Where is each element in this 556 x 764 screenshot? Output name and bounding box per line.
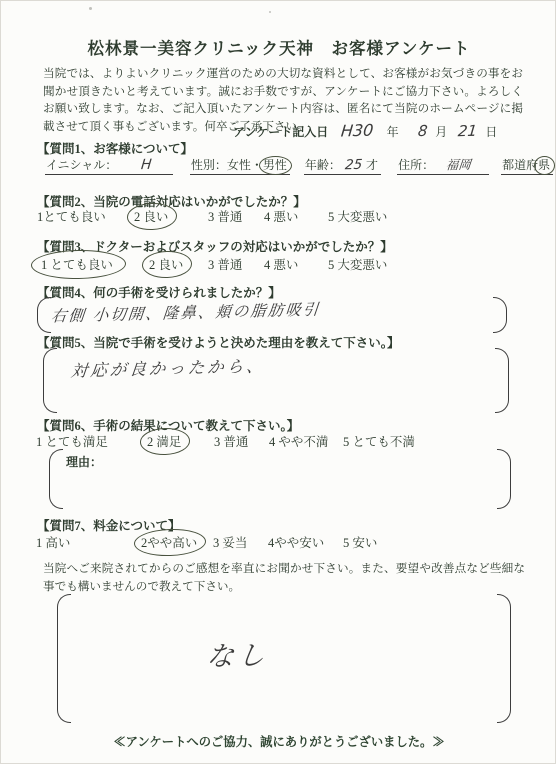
prefecture-suffix: 都道府県 xyxy=(501,156,553,175)
q6-answer-circle: 2 満足 xyxy=(147,432,181,450)
initial-label: イニシャル： xyxy=(46,158,117,172)
q7-options: 1 高い 2やや高い 3 妥当 4やや安い 5 安い xyxy=(1,533,556,555)
q5-answer-handwritten: 対応が良かったから、 xyxy=(70,352,267,381)
q2-option-1: 1とても良い xyxy=(37,207,106,225)
q6-reason-box: 理由： xyxy=(49,449,511,509)
q7-option-5: 5 安い xyxy=(343,533,377,551)
address-field: 住所：福岡 xyxy=(397,155,489,175)
feedback-answer-box: なし xyxy=(57,594,511,723)
age-unit: 才 xyxy=(366,158,378,172)
scan-speck xyxy=(269,11,271,13)
address-label: 住所： xyxy=(398,158,434,172)
q6-option-1: 1 とても満足 xyxy=(36,432,108,450)
gender-field: 性別：女性・男性 xyxy=(190,156,290,175)
date-line: アンケート記入日 H30 年 8 月 21 日 xyxy=(233,121,497,140)
gender-selected: 男性 xyxy=(263,158,287,172)
q7-header: 【質問7、料金について】 xyxy=(37,516,181,534)
q6-reason-label: 理由： xyxy=(66,453,102,470)
gender-answer-circle: 男性 xyxy=(263,158,287,172)
initial-value-handwritten: H xyxy=(141,157,153,173)
age-field: 年齢：25才 xyxy=(304,156,381,175)
date-year-handwritten: H30 xyxy=(340,121,374,141)
address-value-handwritten: 福岡 xyxy=(445,155,472,174)
feedback-answer-handwritten: なし xyxy=(205,633,271,674)
date-month-unit: 月 xyxy=(435,125,447,139)
q4-answer-box: 右側 小切開、隆鼻、頬の脂肪吸引 xyxy=(37,297,507,333)
q7-option-4: 4やや安い xyxy=(268,533,324,551)
q3-crossed-out-option: 2 良い xyxy=(149,255,183,273)
q6-option-5: 5 とても不満 xyxy=(343,432,415,450)
gender-label: 性別：女性・ xyxy=(191,158,263,172)
q6-option-4: 4 やや不満 xyxy=(269,432,328,450)
prefecture-circled-char: 県 xyxy=(538,158,550,172)
q2-options: 1とても良い 2 良い 3 普通 4 悪い 5 大変悪い xyxy=(1,207,556,229)
q7-option-3: 3 妥当 xyxy=(213,533,247,551)
q7-answer-circle: 2やや高い xyxy=(141,533,197,551)
q3-header: 【質問3、ドクターおよびスタッフの対応はいかがでしたか？】 xyxy=(37,237,393,255)
q6-option-3: 3 普通 xyxy=(214,432,248,450)
q4-answer-handwritten: 右側 小切開、隆鼻、頬の脂肪吸引 xyxy=(50,297,321,326)
prefecture-answer-circle: 県 xyxy=(538,158,550,172)
q3-option-3: 3 普通 xyxy=(208,255,242,273)
initial-field: イニシャル：H xyxy=(45,156,173,175)
date-day-unit: 日 xyxy=(485,125,497,139)
q1-fields: イニシャル：H性別：女性・男性年齢：25才住所：福岡都道府県 xyxy=(45,155,553,175)
q5-answer-box: 対応が良かったから、 xyxy=(43,348,509,413)
prefecture-label: 都道府 xyxy=(502,158,538,172)
q3-option-5: 5 大変悪い xyxy=(328,255,387,273)
q3-options: 1 とても良い 2 良い 3 普通 4 悪い 5 大変悪い xyxy=(1,255,556,277)
q2-option-4: 4 悪い xyxy=(264,207,298,225)
date-label: アンケート記入日 xyxy=(233,125,328,139)
page-title: 松林景一美容クリニック天神 お客様アンケート xyxy=(1,35,556,59)
q2-answer-circle: 2 良い xyxy=(134,207,168,225)
feedback-prompt: 当院へご来院されてからのご感想を率直にお聞かせ下さい。また、要望や改善点など些細… xyxy=(43,560,525,595)
q3-answer-circle: 1 とても良い xyxy=(41,255,113,273)
age-value-handwritten: 25 xyxy=(344,157,363,173)
scan-speck xyxy=(89,7,92,10)
q3-option-4: 4 悪い xyxy=(264,255,298,273)
age-label: 年齢： xyxy=(305,158,341,172)
survey-scan-page: 松林景一美容クリニック天神 お客様アンケート 当院では、よりよいクリニック運営の… xyxy=(0,0,556,764)
q2-option-5: 5 大変悪い xyxy=(328,207,387,225)
closing-message: ≪アンケートへのご協力、誠にありがとうございました。≫ xyxy=(1,732,556,750)
date-year-unit: 年 xyxy=(387,125,399,139)
q7-option-1: 1 高い xyxy=(36,533,70,551)
date-month-handwritten: 8 xyxy=(417,122,428,140)
q2-option-3: 3 普通 xyxy=(208,207,242,225)
date-day-handwritten: 21 xyxy=(457,122,478,141)
